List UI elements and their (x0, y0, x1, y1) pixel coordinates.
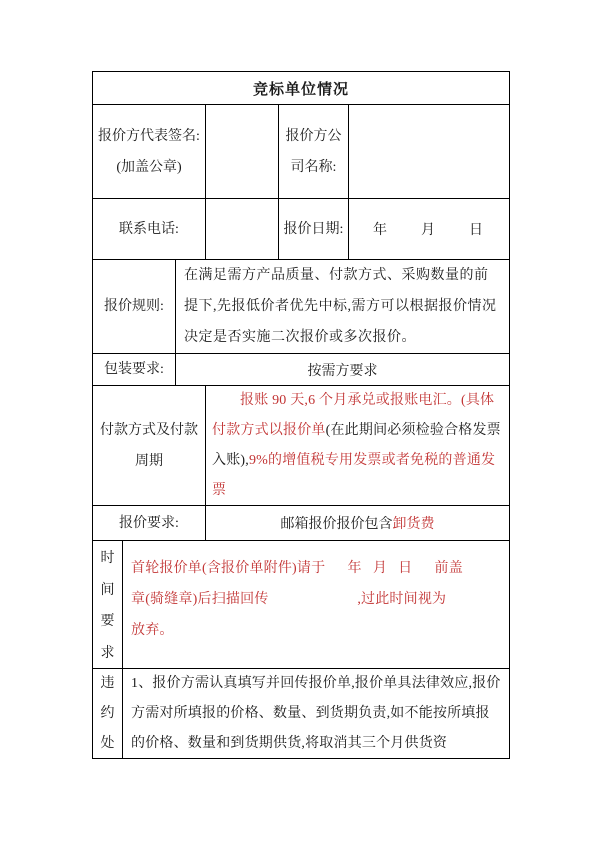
sign-row: 报价方代表签名:(加盖公章) 报价方公司名称: (93, 104, 509, 198)
quote-rule-text: 在满足需方产品质量、付款方式、采购数量的前提下,先报低价者优先中标,需方可以根据… (175, 260, 509, 353)
contact-phone-value-cell (205, 199, 278, 259)
quote-date-value-cell: 年 月 日 (348, 199, 509, 259)
packing-label: 包装要求: (93, 354, 175, 385)
rep-sign-label: 报价方代表签名:(加盖公章) (93, 105, 205, 198)
breach-label: 违约处 (93, 669, 122, 758)
bid-info-table: 竞标单位情况 报价方代表签名:(加盖公章) 报价方公司名称: 联系电话: 报价日… (92, 71, 510, 759)
rule-row: 报价规则: 在满足需方产品质量、付款方式、采购数量的前提下,先报低价者优先中标,… (93, 259, 509, 353)
rep-sign-value-cell (205, 105, 278, 198)
quote-rule-label: 报价规则: (93, 260, 175, 353)
quote-req-text: 邮箱报价报价包含卸货费 (205, 506, 509, 540)
quote-date-label: 报价日期: (278, 199, 348, 259)
packing-text: 按需方要求 (175, 354, 509, 385)
table-title-row: 竞标单位情况 (93, 72, 509, 104)
breach-text: 1、报价方需认真填写并回传报价单,报价单具法律效应,报价方需对所填报的价格、数量… (122, 669, 509, 758)
company-name-value-cell (348, 105, 509, 198)
day-label: 日 (469, 219, 483, 239)
payment-terms-text: 报账 90 天,6 个月承兑或报账电汇。(具体付款方式以报价单(在此期间必须检验… (205, 386, 509, 505)
contact-phone-label: 联系电话: (93, 199, 205, 259)
time-req-label: 时间要求 (93, 541, 122, 668)
time-req-text: 首轮报价单(含报价单附件)请于 年 月 日 前盖 章(骑缝章)后扫描回传 ,过此… (122, 541, 509, 668)
payment-row: 付款方式及付款周期 报账 90 天,6 个月承兑或报账电汇。(具体付款方式以报价… (93, 385, 509, 505)
quote-req-label: 报价要求: (93, 506, 205, 540)
year-label: 年 (373, 219, 387, 239)
time-req-line-2: 章(骑缝章)后扫描回传 ,过此时间视为 (131, 584, 501, 615)
time-req-line-3: 放弃。 (131, 615, 501, 646)
breach-row: 违约处 1、报价方需认真填写并回传报价单,报价单具法律效应,报价方需对所填报的价… (93, 668, 509, 758)
phone-row: 联系电话: 报价日期: 年 月 日 (93, 198, 509, 259)
company-name-label: 报价方公司名称: (278, 105, 348, 198)
time-req-row: 时间要求 首轮报价单(含报价单附件)请于 年 月 日 前盖 章(骑缝章)后扫描回… (93, 540, 509, 668)
table-title: 竞标单位情况 (93, 72, 509, 104)
payment-label: 付款方式及付款周期 (93, 386, 205, 505)
quote-req-row: 报价要求: 邮箱报价报价包含卸货费 (93, 505, 509, 540)
month-label: 月 (421, 219, 435, 239)
time-req-line-1: 首轮报价单(含报价单附件)请于 年 月 日 前盖 (131, 553, 501, 584)
packing-row: 包装要求: 按需方要求 (93, 353, 509, 385)
